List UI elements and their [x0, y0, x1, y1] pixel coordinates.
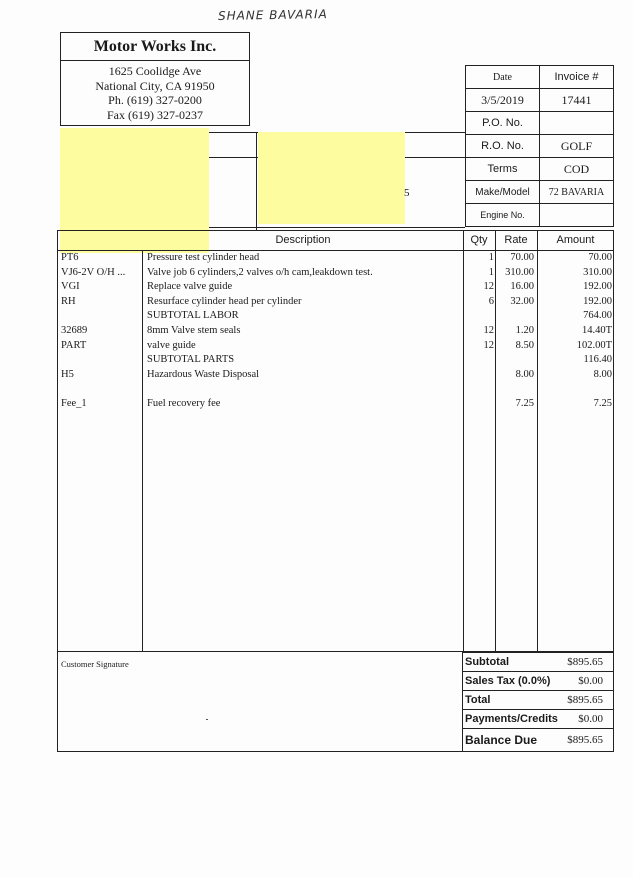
engine-value	[540, 204, 614, 227]
cell-qty: 1	[464, 251, 494, 266]
subtotal-value: $895.65	[563, 653, 613, 672]
cell-item: VGI	[61, 280, 143, 295]
terms-label: Terms	[466, 158, 540, 181]
cell-description: Hazardous Waste Disposal	[147, 368, 457, 383]
cell-item: 32689	[61, 324, 143, 339]
cell-item: PART	[61, 339, 143, 354]
address-column-divider	[256, 132, 257, 230]
invoice-date: 3/5/2019	[466, 89, 540, 112]
totals-table: Subtotal $895.65 Sales Tax (0.0%) $0.00 …	[462, 652, 614, 752]
sales-tax-value: $0.00	[563, 672, 613, 691]
cell-amount: 102.00T	[540, 339, 612, 354]
redacted-header-overlap	[60, 231, 209, 249]
cell-amount: 14.40T	[540, 324, 612, 339]
table-row	[58, 382, 613, 397]
make-model-value: 72 BAVARIA	[540, 181, 614, 204]
cell-description: Pressure test cylinder head	[147, 251, 457, 266]
handwritten-note: SHANE BAVARIA	[218, 7, 328, 23]
cell-amount: 70.00	[540, 251, 612, 266]
subtotal-label: Subtotal	[463, 653, 564, 672]
engine-label: Engine No.	[466, 204, 540, 227]
cell-description: 8mm Valve stem seals	[147, 324, 457, 339]
table-row: PT6Pressure test cylinder head170.0070.0…	[58, 251, 613, 266]
sales-tax-label: Sales Tax (0.0%)	[463, 672, 564, 691]
cell-amount: 310.00	[540, 266, 612, 281]
table-row: 326898mm Valve stem seals121.2014.40T	[58, 324, 613, 339]
line-items-table: Description Qty Rate Amount PT6Pressure …	[57, 230, 614, 652]
date-label: Date	[466, 66, 540, 89]
cell-rate: 7.25	[496, 397, 534, 412]
cell-description: Fuel recovery fee	[147, 397, 457, 412]
table-row: VJ6-2V O/H ...Valve job 6 cylinders,2 va…	[58, 266, 613, 281]
invoice-number: 17441	[540, 89, 614, 112]
cell-rate: 8.50	[496, 339, 534, 354]
invoice-info-table: Date Invoice # 3/5/2019 17441 P.O. No. R…	[465, 65, 614, 227]
table-row: VGIReplace valve guide1216.00192.00	[58, 280, 613, 295]
cell-qty: 12	[464, 324, 494, 339]
po-label: P.O. No.	[466, 112, 540, 135]
cell-description: SUBTOTAL LABOR	[147, 309, 457, 324]
cell-amount: 764.00	[540, 309, 612, 324]
cell-description: SUBTOTAL PARTS	[147, 353, 457, 368]
cell-rate: 16.00	[496, 280, 534, 295]
cell-description: Resurface cylinder head per cylinder	[147, 295, 457, 310]
table-row: SUBTOTAL LABOR764.00	[58, 309, 613, 324]
payments-credits-value: $0.00	[563, 710, 613, 729]
table-row: SUBTOTAL PARTS116.40	[58, 353, 613, 368]
cell-amount: 116.40	[540, 353, 612, 368]
make-model-label: Make/Model	[466, 181, 540, 204]
payments-credits-label: Payments/Credits	[463, 710, 564, 729]
cell-amount: 192.00	[540, 295, 612, 310]
cell-description: Valve job 6 cylinders,2 valves o/h cam,l…	[147, 266, 457, 281]
company-name: Motor Works Inc.	[61, 33, 249, 61]
ship-to-visible-fragment: 5	[404, 187, 410, 199]
header-amount: Amount	[537, 231, 614, 250]
cell-item: Fee_1	[61, 397, 143, 412]
address-line-city: National City, CA 91950	[61, 79, 249, 94]
table-row: PARTvalve guide128.50102.00T	[58, 339, 613, 354]
cell-item: H5	[61, 368, 143, 383]
cell-qty: 12	[464, 280, 494, 295]
address-line-street: 1625 Coolidge Ave	[61, 64, 249, 79]
cell-rate: 1.20	[496, 324, 534, 339]
balance-due-value: $895.65	[563, 729, 613, 752]
redacted-ship-to	[258, 132, 405, 224]
cell-description: Replace valve guide	[147, 280, 457, 295]
cell-item: RH	[61, 295, 143, 310]
cell-rate: 70.00	[496, 251, 534, 266]
cell-description: valve guide	[147, 339, 457, 354]
cell-item: VJ6-2V O/H ...	[61, 266, 143, 281]
cell-amount: 7.25	[540, 397, 612, 412]
company-address: 1625 Coolidge Ave National City, CA 9195…	[61, 61, 249, 122]
table-row: H5Hazardous Waste Disposal8.008.00	[58, 368, 613, 383]
company-header-box: Motor Works Inc. 1625 Coolidge Ave Natio…	[60, 32, 250, 126]
cell-qty: 12	[464, 339, 494, 354]
cell-amount: 192.00	[540, 280, 612, 295]
invoice-number-label: Invoice #	[540, 66, 614, 89]
terms-value: COD	[540, 158, 614, 181]
balance-due-label: Balance Due	[463, 729, 564, 752]
cell-rate: 310.00	[496, 266, 534, 281]
ro-label: R.O. No.	[466, 135, 540, 158]
address-line-fax: Fax (619) 327-0237	[61, 108, 249, 123]
total-label: Total	[463, 691, 564, 710]
address-line-phone: Ph. (619) 327-0200	[61, 93, 249, 108]
address-bottom-line	[205, 227, 465, 228]
cell-item: PT6	[61, 251, 143, 266]
cell-amount: 8.00	[540, 368, 612, 383]
cell-qty: 1	[464, 266, 494, 281]
total-value: $895.65	[563, 691, 613, 710]
cell-rate: 8.00	[496, 368, 534, 383]
header-qty: Qty	[463, 231, 495, 250]
po-value	[540, 112, 614, 135]
cell-qty: 6	[464, 295, 494, 310]
signature-box: Customer Signature	[57, 651, 463, 752]
ro-value: GOLF	[540, 135, 614, 158]
table-row: Fee_1Fuel recovery fee7.257.25	[58, 397, 613, 412]
customer-signature-label: Customer Signature	[61, 659, 129, 669]
scan-speck	[206, 719, 208, 720]
header-rate: Rate	[495, 231, 537, 250]
cell-rate: 32.00	[496, 295, 534, 310]
table-row: RHResurface cylinder head per cylinder63…	[58, 295, 613, 310]
